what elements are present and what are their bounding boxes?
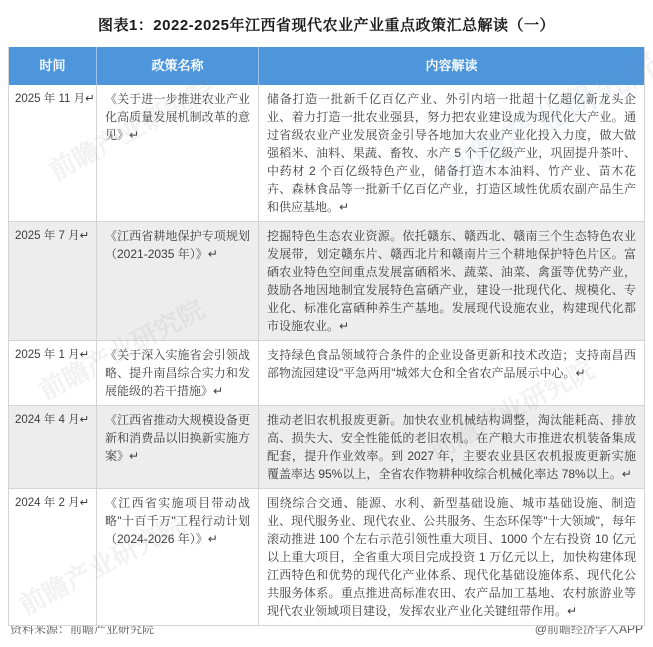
- cell-time: 2025 年 11 月↵: [9, 85, 97, 222]
- policy-table: 时间 政策名称 内容解读 2025 年 11 月↵ 《关于进一步推进农业产业化高…: [8, 47, 645, 626]
- table-row: 2024 年 4 月↵ 《江西省推动大规模设备更新和消费品以旧换新实施方案》↵ …: [9, 406, 644, 489]
- cell-content: 推动老旧农机报废更新。加快农业机械结构调整，淘汰能耗高、排放高、损失大、安全性能…: [259, 406, 644, 489]
- cell-policy-name: 《江西省推动大规模设备更新和消费品以旧换新实施方案》↵: [97, 406, 259, 489]
- table-row: 2025 年 1 月↵ 《关于深入实施省会引领战略、提升南昌综合实力和发展能级的…: [9, 341, 644, 406]
- cell-content: 挖掘特色生态农业资源。依托赣东、赣西北、赣南三个生态特色农业发展带，划定赣东片、…: [259, 222, 644, 341]
- table-header-row: 时间 政策名称 内容解读: [9, 47, 644, 85]
- table-row: 2024 年 2 月↵ 《江西省实施项目带动战略"十百千万"工程行动计划（202…: [9, 489, 644, 625]
- cell-content: 围绕综合交通、能源、水利、新型基础设施、城市基础设施、制造业、现代服务业、现代农…: [259, 489, 644, 625]
- cell-content: 支持绿色食品领域符合条件的企业设备更新和技术改造；支持南昌西部物流园建设"平急两…: [259, 341, 644, 406]
- table-row: 2025 年 7 月↵ 《江西省耕地保护专项规划（2021-2035 年）》↵ …: [9, 222, 644, 341]
- cell-time: 2024 年 4 月↵: [9, 406, 97, 489]
- cell-content: 储备打造一批新千亿百亿产业、外引内培一批超十亿超亿新龙头企业、着力打造一批农业强…: [259, 85, 644, 222]
- column-header-policy-name: 政策名称: [97, 47, 259, 85]
- cell-time: 2025 年 1 月↵: [9, 341, 97, 406]
- cell-policy-name: 《江西省实施项目带动战略"十百千万"工程行动计划（2024-2026 年）》↵: [97, 489, 259, 625]
- figure-page: 前瞻产业研究院 前瞻产业研究院 前瞻产业研究院 前瞻产业研究院 前瞻产业研究院 …: [0, 0, 653, 647]
- cell-time: 2025 年 7 月↵: [9, 222, 97, 341]
- cell-policy-name: 《江西省耕地保护专项规划（2021-2035 年）》↵: [97, 222, 259, 341]
- cell-time: 2024 年 2 月↵: [9, 489, 97, 625]
- table-row: 2025 年 11 月↵ 《关于进一步推进农业产业化高质量发展机制改革的意见》↵…: [9, 85, 644, 222]
- cell-policy-name: 《关于进一步推进农业产业化高质量发展机制改革的意见》↵: [97, 85, 259, 222]
- column-header-content: 内容解读: [259, 47, 644, 85]
- figure-title: 图表1：2022-2025年江西省现代农业产业重点政策汇总解读（一）: [0, 0, 653, 45]
- cell-policy-name: 《关于深入实施省会引领战略、提升南昌综合实力和发展能级的若干措施》↵: [97, 341, 259, 406]
- column-header-time: 时间: [9, 47, 97, 85]
